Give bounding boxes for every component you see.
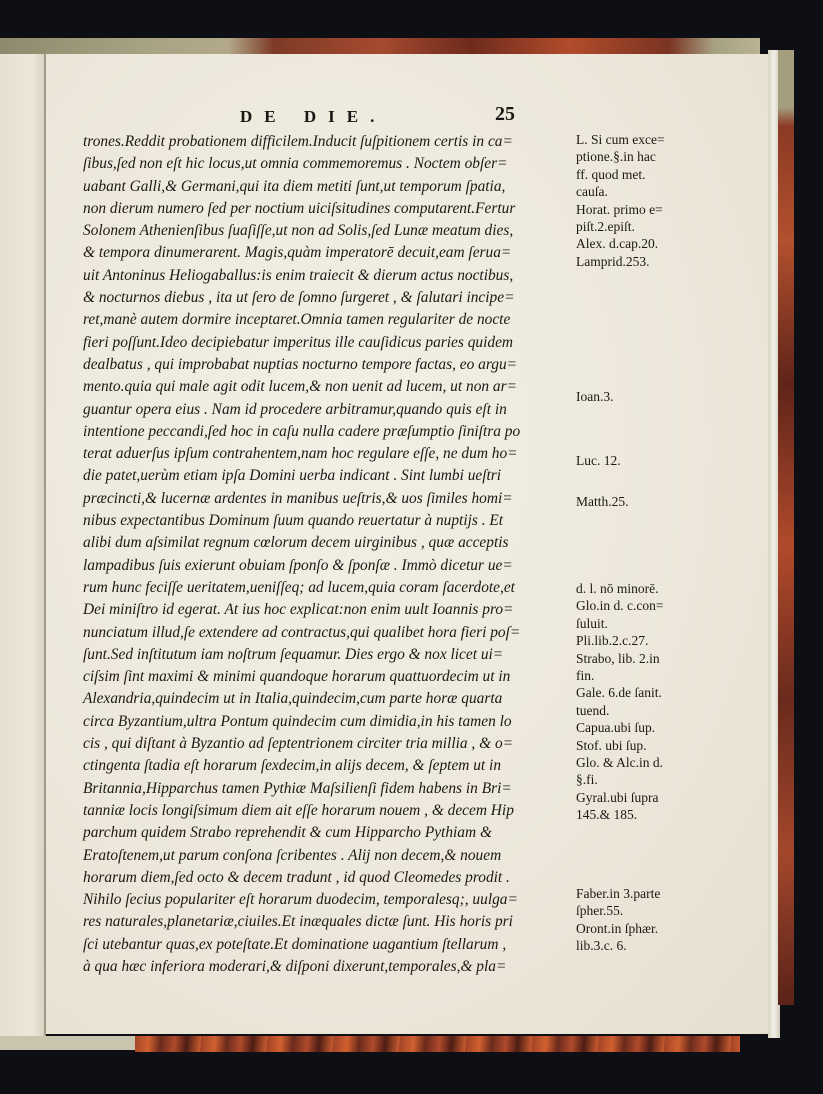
text-line: uit Antoninus Heliogaballus:is enim trai…	[83, 265, 573, 287]
text-line: guantur opera eius . Nam id procedere ar…	[83, 399, 573, 421]
text-line: tanniæ locis longiſsimum diem ait eſſe h…	[83, 800, 573, 822]
margin-note-line: Matth.25.	[576, 493, 746, 510]
text-line: die patet,uerùm etiam ipſa Domini uerba …	[83, 465, 573, 487]
margin-note-line: ſpher.55.	[576, 902, 746, 919]
text-line: Dei miniſtro id egerat. At ius hoc expli…	[83, 599, 573, 621]
running-head: DE DIE.	[240, 107, 386, 127]
margin-note-line: Gyral.ubi ſupra	[576, 789, 746, 806]
text-line: uabant Galli,& Germani,qui ita diem meti…	[83, 176, 573, 198]
margin-note-line: Oront.in ſphær.	[576, 920, 746, 937]
margin-note-line: Luc. 12.	[576, 452, 746, 469]
margin-note-line: Ioan.3.	[576, 388, 746, 405]
margin-note-line: Gale. 6.de ſanit.	[576, 684, 746, 701]
text-line: ctingenta ſtadia eſt horarum ſexdecim,in…	[83, 755, 573, 777]
text-line: Solonem Athenienſibus ſuaſiſſe,ut non ad…	[83, 220, 573, 242]
text-line: Nihilo ſecius populariter eſt horarum du…	[83, 889, 573, 911]
text-line: rum hunc feciſſe ueritatem,ueniſſeq; ad …	[83, 577, 573, 599]
text-line: res naturales,planetariæ,ciuiles.Et inæq…	[83, 911, 573, 933]
text-line: terat aduerſus ipſum contrahentem,nam ho…	[83, 443, 573, 465]
text-line: Alexandria,quindecim ut in Italia,quinde…	[83, 688, 573, 710]
text-line: & nocturnos diebus , ita ut ſero de ſomn…	[83, 287, 573, 309]
text-line: præcincti,& lucernæ ardentes in manibus …	[83, 488, 573, 510]
margin-note: Ioan.3.	[576, 388, 746, 405]
margin-note-line: d. l. nō minorē.	[576, 580, 746, 597]
margin-note-line: Pli.lib.2.c.27.	[576, 632, 746, 649]
margin-note-line: piſt.2.epiſt.	[576, 218, 746, 235]
text-line: mento.quia qui male agit odit lucem,& no…	[83, 376, 573, 398]
text-line: lampadibus ſuis exierunt obuiam ſponſo &…	[83, 555, 573, 577]
margin-note: Matth.25.	[576, 493, 746, 510]
margin-note: Faber.in 3.parteſpher.55.Oront.in ſphær.…	[576, 885, 746, 955]
text-line: Britannia,Hipparchus tamen Pythiæ Maſsil…	[83, 778, 573, 800]
book-cover-top-edge	[0, 38, 760, 54]
text-line: ciſsim ſint maximi & minimi quandoque ho…	[83, 666, 573, 688]
margin-note-line: fin.	[576, 667, 746, 684]
margin-note: d. l. nō minorē.Glo.in d. c.con=ſuluit.P…	[576, 580, 746, 824]
margin-note-line: lib.3.c. 6.	[576, 937, 746, 954]
main-text-block: trones.Reddit probationem difficilem.Ind…	[83, 131, 573, 978]
text-line: cis , qui diſtant à Byzantio ad ſeptentr…	[83, 733, 573, 755]
margin-note-line: ff. quod met.	[576, 166, 746, 183]
text-line: intentione peccandi,ſed hoc in caſu null…	[83, 421, 573, 443]
margin-note-line: Strabo, lib. 2.in	[576, 650, 746, 667]
text-line: dealbatus , qui improbabat nuptias noctu…	[83, 354, 573, 376]
margin-note-line: Lamprid.253.	[576, 253, 746, 270]
margin-note-line: ſuluit.	[576, 615, 746, 632]
margin-note-line: Stof. ubi ſup.	[576, 737, 746, 754]
text-line: à qua hæc inferiora moderari,& diſponi d…	[83, 956, 573, 978]
text-line: ret,manè autem dormire inceptaret.Omnia …	[83, 309, 573, 331]
margin-note-line: Glo.in d. c.con=	[576, 597, 746, 614]
text-line: alibi dum aſsimilat regnum cœlorum decem…	[83, 532, 573, 554]
margin-note-line: Capua.ubi ſup.	[576, 719, 746, 736]
facing-page-left	[0, 54, 46, 1038]
margin-note-line: ptione.§.in hac	[576, 148, 746, 165]
text-line: ſibus,ſed non eſt hic locus,ut omnia com…	[83, 153, 573, 175]
margin-note-line: tuend.	[576, 702, 746, 719]
margin-note-line: Faber.in 3.parte	[576, 885, 746, 902]
margin-note-line: cauſa.	[576, 183, 746, 200]
margin-note: Luc. 12.	[576, 452, 746, 469]
text-line: nunciatum illud,ſe extendere ad contract…	[83, 622, 573, 644]
margin-note-line: §.fi.	[576, 771, 746, 788]
text-line: fieri poſſunt.Ideo decipiebatur imperitu…	[83, 332, 573, 354]
text-line: non dierum numero ſed per noctium uiciſs…	[83, 198, 573, 220]
margin-note-line: Glo. & Alc.in d.	[576, 754, 746, 771]
text-line: horarum diem,ſed octo & decem tradunt , …	[83, 867, 573, 889]
text-line: Eratoſtenem,ut parum conſona ſcribentes …	[83, 845, 573, 867]
margin-note-line: 145.& 185.	[576, 806, 746, 823]
text-line: ſunt.Sed inſtitutum iam noſtrum ſequamur…	[83, 644, 573, 666]
book-cover-bottom-left	[0, 1036, 135, 1050]
margin-note-line: Alex. d.cap.20.	[576, 235, 746, 252]
margin-note: L. Si cum exce=ptione.§.in hacff. quod m…	[576, 131, 746, 270]
book-cover-bottom-edge	[135, 1036, 740, 1052]
page-number: 25	[495, 103, 515, 126]
text-line: circa Byzantium,ultra Pontum quindecim c…	[83, 711, 573, 733]
text-line: ſci utebantur quas,ex poteſtate.Et domin…	[83, 934, 573, 956]
text-line: & tempora dinumerarent. Magis,quàm imper…	[83, 242, 573, 264]
text-line: parchum quidem Strabo reprehendit & cum …	[83, 822, 573, 844]
margin-note-line: Horat. primo e=	[576, 201, 746, 218]
margin-note-line: L. Si cum exce=	[576, 131, 746, 148]
book-cover-right-edge	[778, 50, 794, 1005]
text-line: trones.Reddit probationem difficilem.Ind…	[83, 131, 573, 153]
text-line: nibus expectantibus Dominum ſuum quando …	[83, 510, 573, 532]
